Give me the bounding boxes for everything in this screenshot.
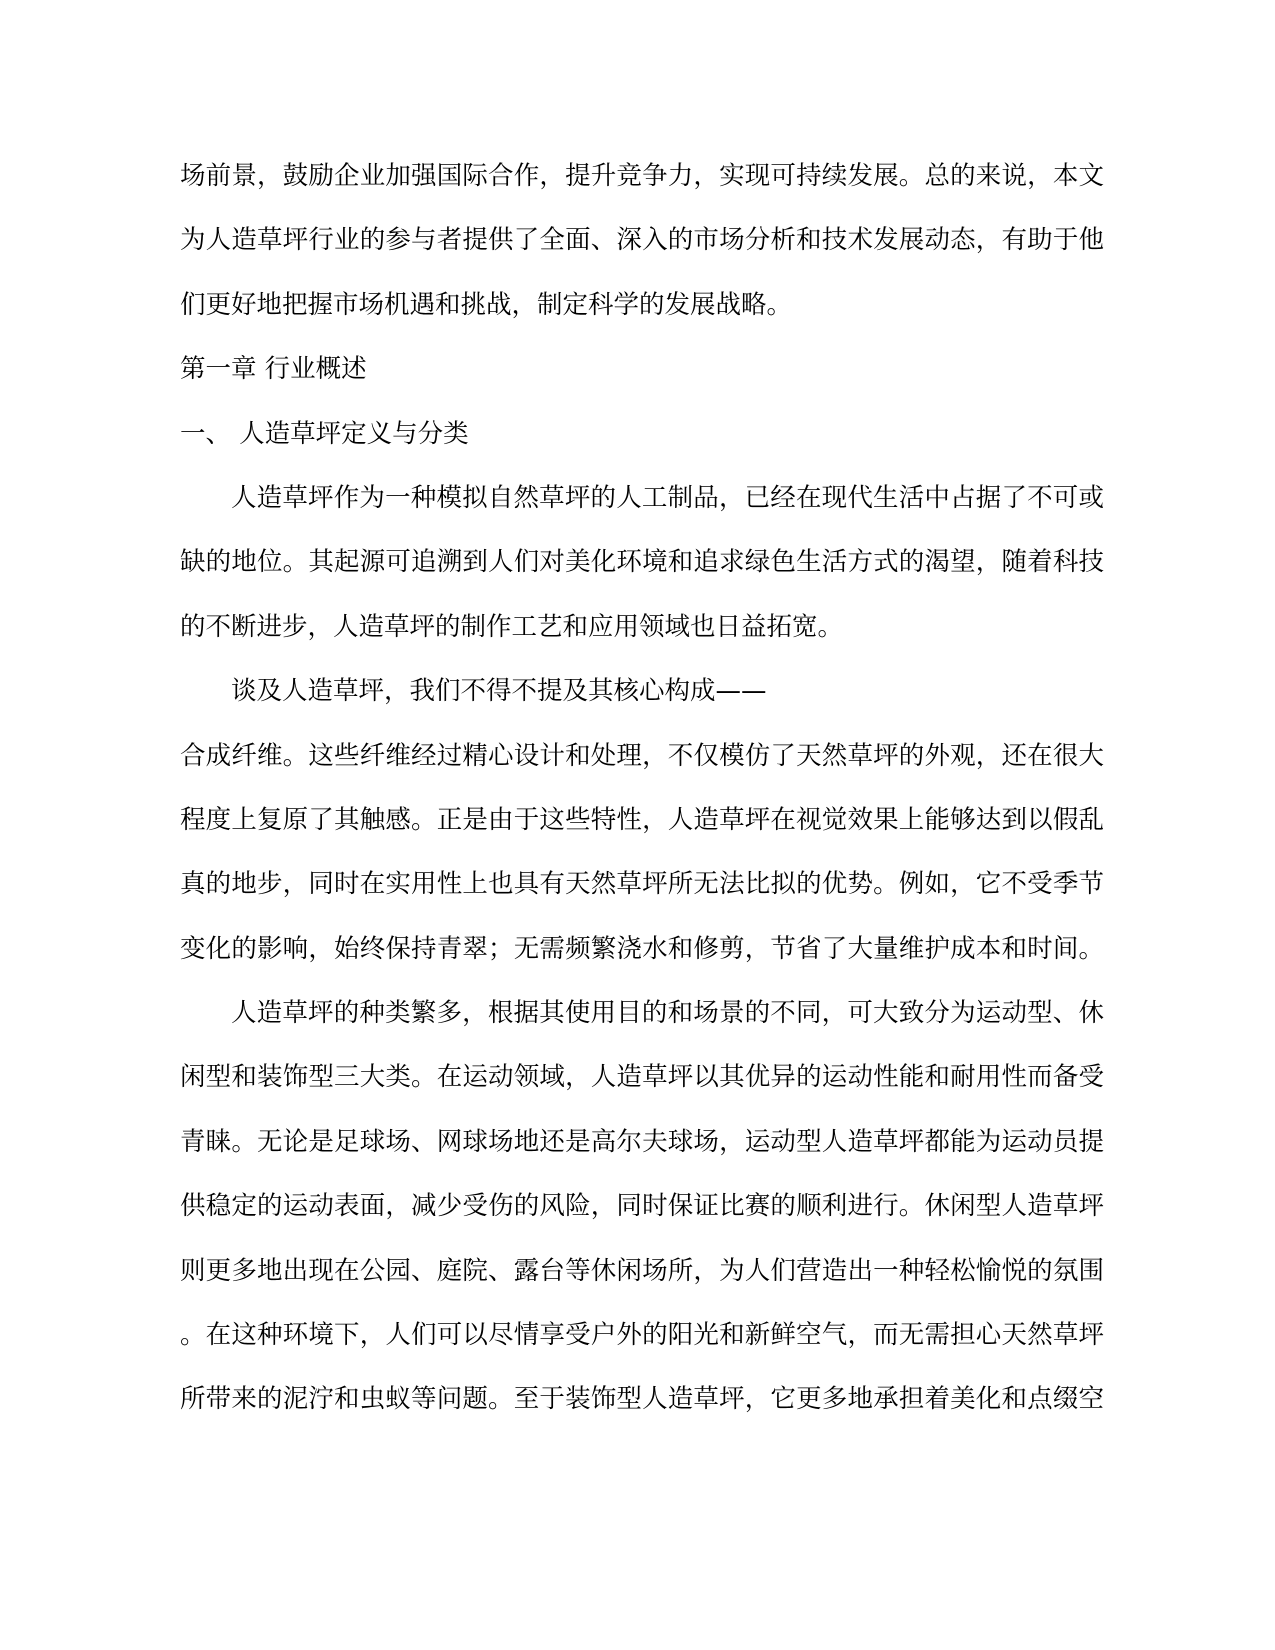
body-line: 则更多地出现在公园、庭院、露台等休闲场所，为人们营造出一种轻松愉悦的氛围: [180, 1239, 1104, 1303]
body-line: 真的地步，同时在实用性上也具有天然草坪所无法比拟的优势。例如，它不受季节: [180, 852, 1104, 916]
body-line: 变化的影响，始终保持青翠；无需频繁浇水和修剪，节省了大量维护成本和时间。: [180, 917, 1104, 981]
body-line: 供稳定的运动表面，减少受伤的风险，同时保证比赛的顺利进行。休闲型人造草坪: [180, 1174, 1104, 1238]
document-text-block: 场前景，鼓励企业加强国际合作，提升竞争力，实现可持续发展。总的来说，本文为人造草…: [180, 144, 1104, 1432]
body-line: 合成纤维。这些纤维经过精心设计和处理，不仅模仿了天然草坪的外观，还在很大: [180, 724, 1104, 788]
body-line: 的不断进步，人造草坪的制作工艺和应用领域也日益拓宽。: [180, 595, 1104, 659]
body-line: 闲型和装饰型三大类。在运动领域，人造草坪以其优异的运动性能和耐用性而备受: [180, 1045, 1104, 1109]
body-line: 谈及人造草坪，我们不得不提及其核心构成——: [180, 659, 1104, 723]
body-line: 人造草坪的种类繁多，根据其使用目的和场景的不同，可大致分为运动型、休: [180, 981, 1104, 1045]
chapter-heading: 第一章 行业概述: [180, 337, 1104, 401]
body-line: 所带来的泥泞和虫蚁等问题。至于装饰型人造草坪，它更多地承担着美化和点缀空: [180, 1367, 1104, 1431]
body-line: 。在这种环境下，人们可以尽情享受户外的阳光和新鲜空气，而无需担心天然草坪: [180, 1303, 1104, 1367]
body-line: 青睐。无论是足球场、网球场地还是高尔夫球场，运动型人造草坪都能为运动员提: [180, 1110, 1104, 1174]
body-line: 场前景，鼓励企业加强国际合作，提升竞争力，实现可持续发展。总的来说，本文: [180, 144, 1104, 208]
body-line: 人造草坪作为一种模拟自然草坪的人工制品，已经在现代生活中占据了不可或: [180, 466, 1104, 530]
body-line: 程度上复原了其触感。正是由于这些特性，人造草坪在视觉效果上能够达到以假乱: [180, 788, 1104, 852]
body-line: 们更好地把握市场机遇和挑战，制定科学的发展战略。: [180, 273, 1104, 337]
body-line: 缺的地位。其起源可追溯到人们对美化环境和追求绿色生活方式的渴望，随着科技: [180, 530, 1104, 594]
document-page: 场前景，鼓励企业加强国际合作，提升竞争力，实现可持续发展。总的来说，本文为人造草…: [0, 0, 1275, 1650]
body-line: 为人造草坪行业的参与者提供了全面、深入的市场分析和技术发展动态，有助于他: [180, 208, 1104, 272]
section-heading: 一、 人造草坪定义与分类: [180, 402, 1104, 466]
